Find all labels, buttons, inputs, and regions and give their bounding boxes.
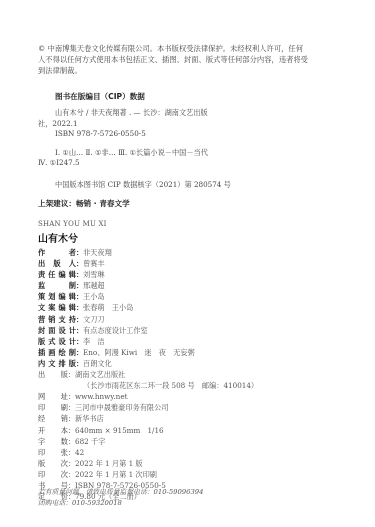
group-purchase-hotline: 团购电话：010-59320018 [38, 498, 203, 509]
credit-value: 曾赛丰 [83, 258, 105, 269]
credit-value: 有点态度设计工作室 [83, 325, 148, 336]
cip-data-block: 山有木兮 / 非天夜翔著 . — 长沙：湖南文艺出版 社，2022.1 ISBN… [38, 108, 298, 169]
credit-label: 插画绘制 [38, 347, 76, 358]
credit-label: 文案编辑 [38, 302, 76, 313]
book-title: 山有木兮 [38, 230, 78, 245]
credit-row-illustration: 插画绘制：Eno、阿漫 Kiwi 迷 夜 无妄粥 [38, 347, 338, 358]
credit-row-copy-editor: 文案编辑：张春萌 王小岛 [38, 302, 338, 313]
credit-label: 封面设计 [38, 325, 76, 336]
credit-row-layout-design: 版式设计：李 洁 [38, 336, 338, 347]
cip-line-publisher-year: 社，2022.1 [38, 119, 298, 130]
cip-line-classification: Ⅰ. ①山… Ⅱ. ①非… Ⅲ. ①长篇小说－中国－当代 [38, 148, 298, 159]
copyright-page: © 中南博集天卷文化传媒有限公司。本书版权受法律保护。未经权利人许可，任何人不得… [0, 0, 375, 527]
credit-value: 非天夜翔 [83, 247, 112, 258]
credit-label: 印 张 [38, 447, 68, 458]
credit-value: 张春萌 王小岛 [83, 302, 133, 313]
cip-line-class-number: Ⅳ. ①I247.5 [38, 158, 298, 169]
credit-row-supervisor: 监 制：邢越超 [38, 280, 338, 291]
credit-value: 李 洁 [83, 336, 105, 347]
credit-label: 营销支持 [38, 314, 76, 325]
credit-value: 刘雪琳 [83, 269, 105, 280]
credit-label: 版 次 [38, 458, 68, 469]
cip-verification-number: 中国版本图书馆 CIP 数据核字（2021）第 280574 号 [55, 180, 231, 190]
credit-label: 出 版 人 [38, 258, 76, 269]
credit-label: 开 本 [38, 425, 68, 436]
credit-label: 出 版 [38, 369, 68, 380]
credit-row-cover-design: 封面设计：有点态度设计工作室 [38, 325, 338, 336]
credit-row-marketing: 营销支持：文刀刀 [38, 314, 338, 325]
shelf-suggestion-label: 上架建议： [38, 199, 76, 208]
credit-value: Eno、阿漫 Kiwi 迷 夜 无妄粥 [83, 347, 195, 358]
credit-row-sheets: 印 张：42 [38, 447, 338, 458]
credit-value: 文刀刀 [83, 314, 105, 325]
credit-value: 三河市中晟雅豪印务有限公司 [75, 402, 168, 413]
credit-value: 邢越超 [83, 280, 105, 291]
credit-label: 版式设计 [38, 336, 76, 347]
shelf-suggestion: 上架建议：畅销 · 青春文学 [38, 198, 130, 209]
website-link[interactable]: www.hnwy.net [75, 391, 127, 402]
cip-line-isbn: ISBN 978-7-5726-0550-5 [38, 129, 298, 140]
credit-row-publisher-address: （长沙市雨花区东二环一段 508 号 邮编：410014） [38, 380, 338, 391]
credit-value: 湖南文艺出版社 [75, 369, 125, 380]
credit-value: 新华书店 [75, 413, 104, 424]
credit-row-typesetting: 内文排版：百朗文化 [38, 358, 338, 369]
credit-row-author: 作 者：非天夜翔 [38, 247, 338, 258]
credit-label: 印 次 [38, 469, 68, 480]
footer-notes: 若有质量问题，请致电质量监督电话：010-59096394 团购电话：010-5… [38, 487, 203, 508]
credit-row-printing: 印 次：2022 年 1 月第 1 次印刷 [38, 469, 338, 480]
credit-label: 责任编辑 [38, 269, 76, 280]
credit-row-word-count: 字 数：682 千字 [38, 436, 338, 447]
credit-row-distributor: 经 销：新华书店 [38, 413, 338, 424]
credit-label: 经 销 [38, 413, 68, 424]
book-title-pinyin: SHAN YOU MU XI [38, 220, 107, 228]
credit-label: 内文排版 [38, 358, 76, 369]
cip-heading: 图书在版编目（CIP）数据 [55, 91, 145, 102]
shelf-suggestion-value: 畅销 · 青春文学 [76, 199, 130, 208]
credit-value: 42 [75, 447, 84, 458]
credit-row-printer: 印 刷：三河市中晟雅豪印务有限公司 [38, 402, 338, 413]
credit-row-planning-editor: 策划编辑：王小岛 [38, 291, 338, 302]
credit-row-format: 开 本：640mm × 915mm 1/16 [38, 425, 338, 436]
credit-value: 2022 年 1 月第 1 版 [75, 458, 143, 469]
copyright-notice: © 中南博集天卷文化传媒有限公司。本书版权受法律保护。未经权利人许可，任何人不得… [38, 43, 308, 76]
quality-hotline: 若有质量问题，请致电质量监督电话：010-59096394 [38, 487, 203, 498]
credit-value: 682 千字 [75, 436, 105, 447]
publisher-address: （长沙市雨花区东二环一段 508 号 邮编：410014） [38, 380, 258, 391]
credit-label: 印 刷 [38, 402, 68, 413]
credit-row-edition: 版 次：2022 年 1 月第 1 版 [38, 458, 338, 469]
credit-row-publisher-person: 出 版 人：曾赛丰 [38, 258, 338, 269]
credit-row-website: 网 址：www.hnwy.net [38, 391, 338, 402]
credit-value: 2022 年 1 月第 1 次印刷 [75, 469, 157, 480]
cip-line-title-author: 山有木兮 / 非天夜翔著 . — 长沙：湖南文艺出版 [38, 108, 298, 119]
credit-label: 监 制 [38, 280, 76, 291]
credit-value: 640mm × 915mm 1/16 [75, 425, 164, 436]
credit-value: 王小岛 [83, 291, 105, 302]
credit-value: 百朗文化 [83, 358, 112, 369]
credit-label: 网 址 [38, 391, 68, 402]
credit-row-responsible-editor: 责任编辑：刘雪琳 [38, 269, 338, 280]
credit-label: 作 者 [38, 247, 76, 258]
credit-row-publisher: 出 版：湖南文艺出版社 [38, 369, 338, 380]
credits-list: 作 者：非天夜翔 出 版 人：曾赛丰 责任编辑：刘雪琳 监 制：邢越超 策划编辑… [38, 247, 338, 502]
credit-label: 策划编辑 [38, 291, 76, 302]
credit-label: 字 数 [38, 436, 68, 447]
